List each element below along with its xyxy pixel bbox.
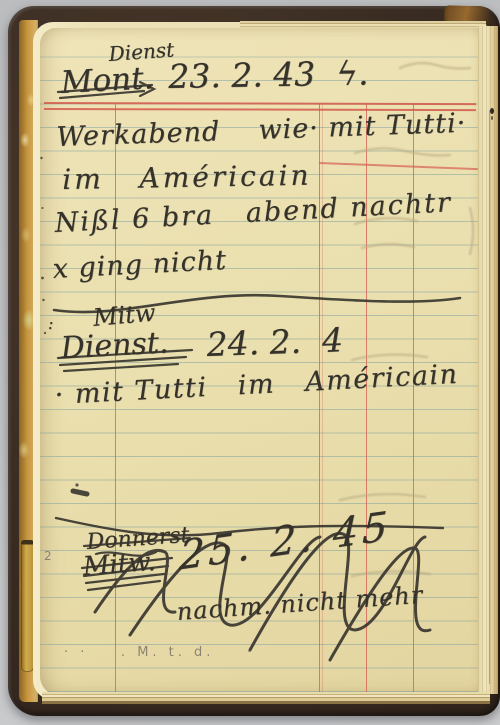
photo-backdrop: Dienst Mont. 23. 2. 43 ϟ. Werkabend wie·… <box>0 0 500 725</box>
entry1-struck-day: Mont. <box>60 63 154 99</box>
dash-mark <box>73 491 87 494</box>
ink-blot <box>490 108 494 114</box>
margin-pencil-numeral: 2 <box>44 550 52 562</box>
fore-edge-pages <box>478 26 498 694</box>
fore-edge-red-rule <box>489 110 490 684</box>
bottom-page-stack <box>42 692 490 704</box>
bottom-pencil-note: · · . M. t. d. · <box>64 646 255 659</box>
entry1-date: 23. 2. 43 ϟ. <box>168 57 369 93</box>
entry1-line-2: im Américain <box>62 162 312 194</box>
entry2-date: 24. 2. 4 <box>206 323 344 361</box>
entry3-struck-day-2: Mitw. <box>82 549 156 580</box>
entry2-struck-day: Dienst. <box>60 328 169 364</box>
diary-page: Dienst Mont. 23. 2. 43 ϟ. Werkabend wie·… <box>40 28 480 696</box>
margin-colon-mark: : <box>48 316 53 332</box>
